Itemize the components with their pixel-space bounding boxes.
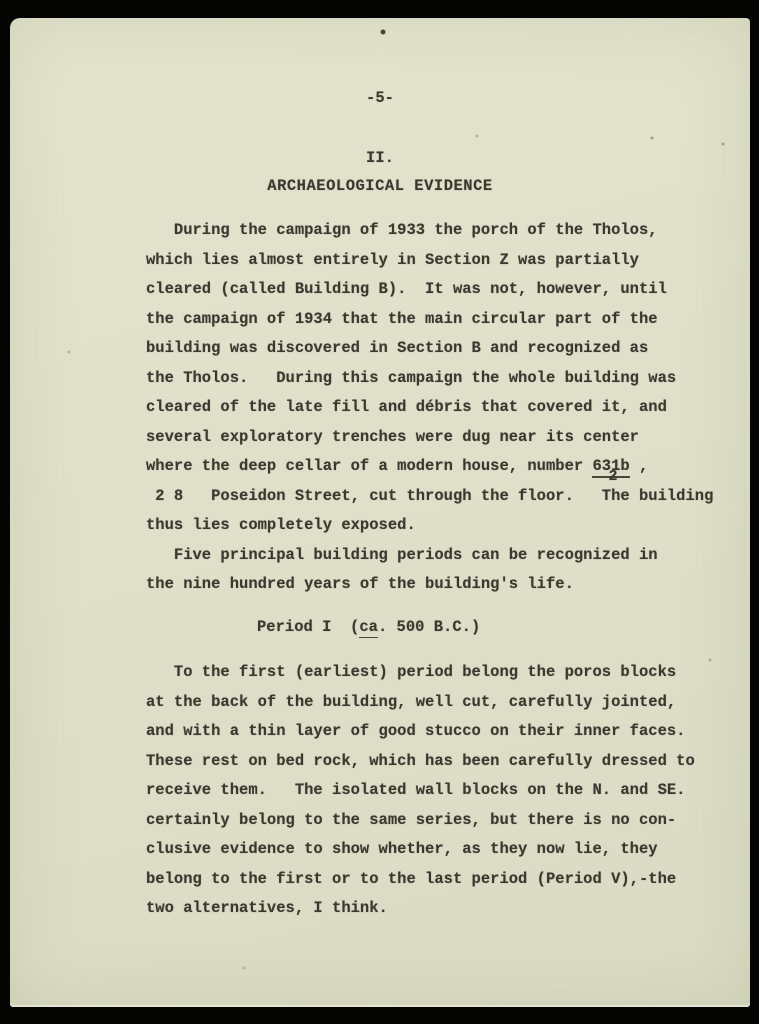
period-heading: Period I (ca. 500 B.C.) — [257, 613, 480, 643]
paragraph-3-lines: To the first (earliest) period belong th… — [146, 658, 732, 924]
text-line: To the first (earliest) period belong th… — [146, 658, 732, 688]
section-number: II. — [10, 144, 750, 174]
period-heading-pre: Period I ( — [257, 618, 359, 636]
house-number-fraction: 631b2 — [592, 452, 629, 482]
section-title: ARCHAEOLOGICAL EVIDENCE — [10, 172, 750, 202]
house-number-line-pre: where the deep cellar of a modern house,… — [146, 457, 592, 475]
page-number: -5- — [10, 84, 750, 114]
text-line: at the back of the building, well cut, c… — [146, 688, 732, 718]
text-line: building was discovered in Section B and… — [146, 334, 732, 364]
paragraph-block-3: To the first (earliest) period belong th… — [146, 658, 732, 924]
document-page: -5- II. ARCHAEOLOGICAL EVIDENCE During t… — [10, 18, 750, 1007]
scan-specks — [10, 18, 12, 20]
text-line: the Tholos. During this campaign the who… — [146, 364, 732, 394]
house-number-line: where the deep cellar of a modern house,… — [146, 452, 732, 482]
text-line: belong to the first or to the last perio… — [146, 865, 732, 895]
text-line: cleared of the late fill and débris that… — [146, 393, 732, 423]
period-heading-underlined-ca: ca — [359, 618, 378, 638]
period-heading-post: . 500 B.C.) — [378, 618, 480, 636]
text-line: 2 8 Poseidon Street, cut through the flo… — [146, 482, 732, 512]
text-line: certainly belong to the same series, but… — [146, 806, 732, 836]
text-line: During the campaign of 1933 the porch of… — [146, 216, 732, 246]
scan-background: { "page": { "page_number": "-5-", "secti… — [0, 0, 759, 1024]
paragraph-2-lines: Five principal building periods can be r… — [146, 541, 732, 600]
text-line: the nine hundred years of the building's… — [146, 570, 732, 600]
text-line: Five principal building periods can be r… — [146, 541, 732, 571]
text-line: clusive evidence to show whether, as the… — [146, 835, 732, 865]
text-line: which lies almost entirely in Section Z … — [146, 246, 732, 276]
text-line: thus lies completely exposed. — [146, 511, 732, 541]
text-line: the campaign of 1934 that the main circu… — [146, 305, 732, 335]
paragraph-1-lines: During the campaign of 1933 the porch of… — [146, 216, 732, 452]
house-number-line-post: , — [630, 457, 649, 475]
text-line: several exploratory trenches were dug ne… — [146, 423, 732, 453]
paragraph-block-1: During the campaign of 1933 the porch of… — [146, 216, 732, 600]
text-line: receive them. The isolated wall blocks o… — [146, 776, 732, 806]
text-line: These rest on bed rock, which has been c… — [146, 747, 732, 777]
text-line: cleared (called Building B). It was not,… — [146, 275, 732, 305]
fraction-denominator: 2 — [608, 469, 617, 484]
paragraph-1-continued-lines: 2 8 Poseidon Street, cut through the flo… — [146, 482, 732, 541]
text-line: two alternatives, I think. — [146, 894, 732, 924]
text-line: and with a thin layer of good stucco on … — [146, 717, 732, 747]
